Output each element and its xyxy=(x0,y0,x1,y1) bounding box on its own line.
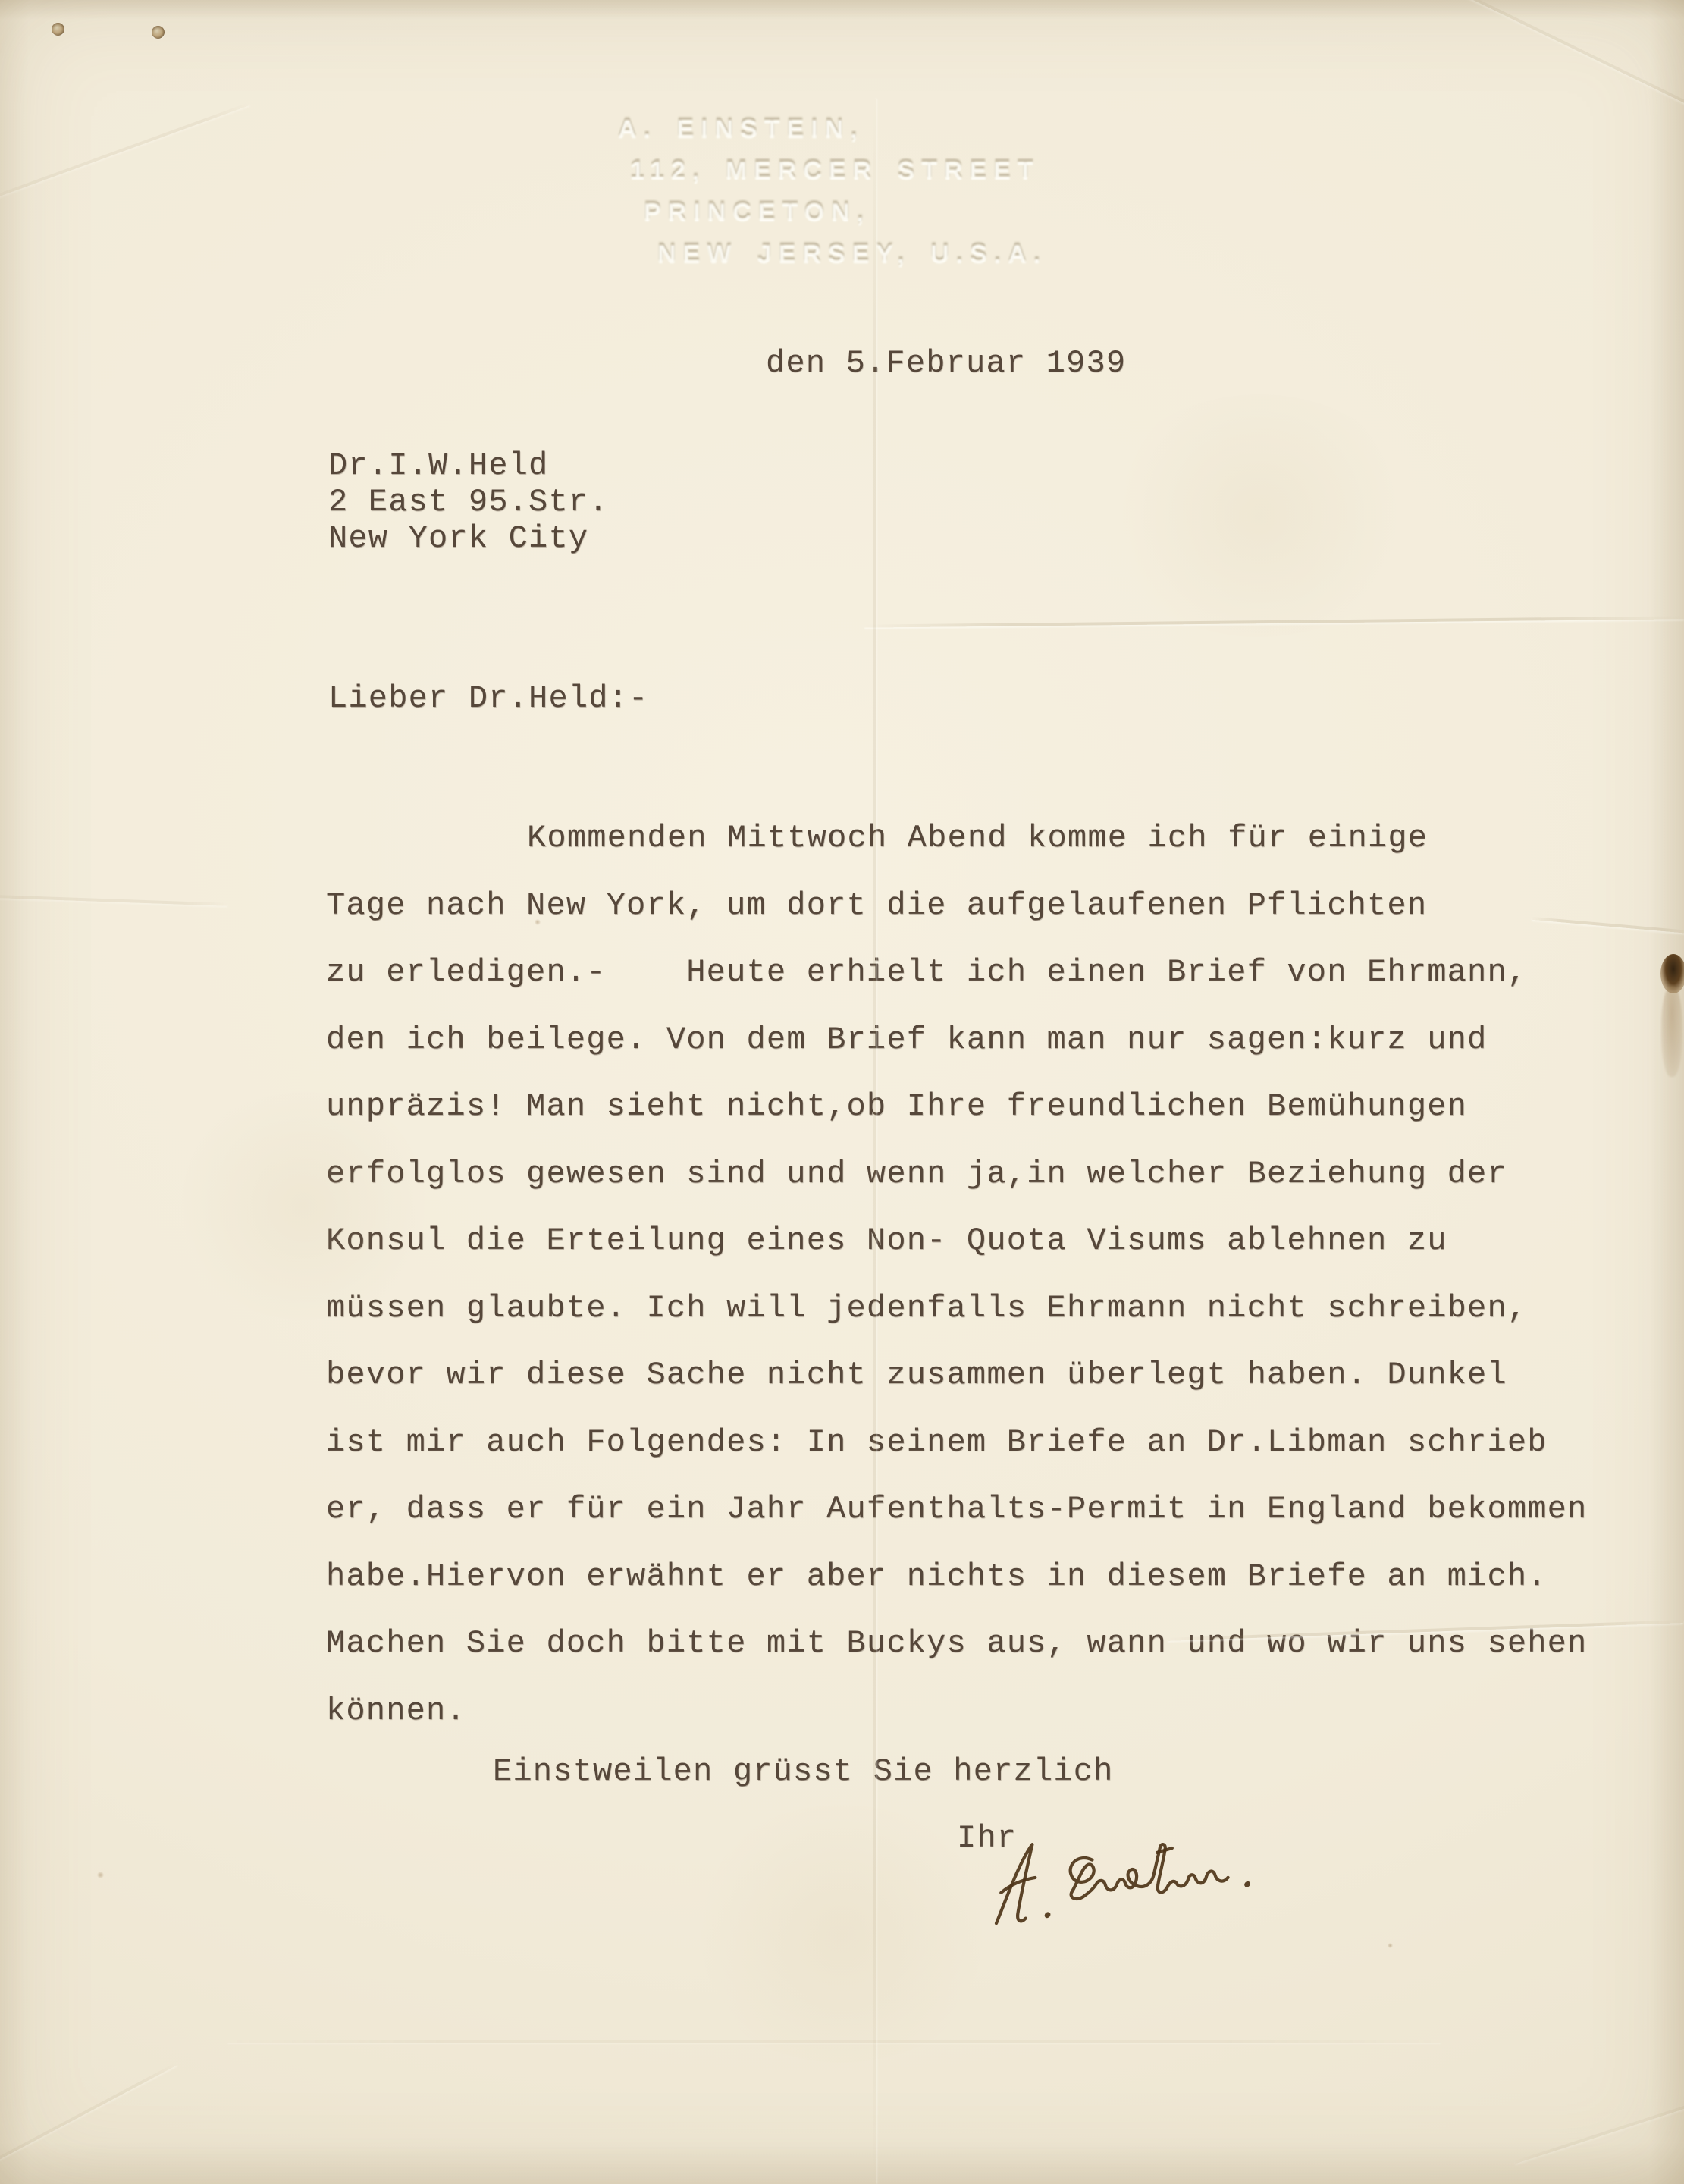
body-line: können. xyxy=(326,1692,1587,1759)
letter-body: Kommenden Mittwoch Abend komme ich für e… xyxy=(326,819,1587,1759)
wrinkle xyxy=(0,2063,177,2172)
paper-discoloration xyxy=(1099,394,1418,637)
body-line: Konsul die Erteilung eines Non- Quota Vi… xyxy=(326,1222,1587,1289)
body-line: unpräzis! Man sieht nicht,ob Ihre freund… xyxy=(326,1087,1587,1155)
closing-line: Einstweilen grüsst Sie herzlich xyxy=(493,1753,1114,1790)
body-line: erfolglos gewesen sind und wenn ja,in we… xyxy=(326,1155,1587,1222)
embossed-letterhead: A. EINSTEIN,112, MERCER STREETPRINCETON,… xyxy=(618,108,1047,275)
address-line: Dr.I.W.Held xyxy=(328,447,609,484)
body-line: bevor wir diese Sache nicht zusammen übe… xyxy=(326,1356,1587,1423)
wrinkle xyxy=(1514,2086,1684,2164)
body-line: Kommenden Mittwoch Abend komme ich für e… xyxy=(326,819,1587,886)
body-line: müssen glaubte. Ich will jedenfalls Ehrm… xyxy=(326,1289,1587,1357)
body-line: den ich beilege. Von dem Brief kann man … xyxy=(326,1021,1587,1088)
signature xyxy=(970,1822,1308,1950)
letterhead-line: NEW JERSEY, U.S.A. xyxy=(618,233,1047,275)
wrinkle xyxy=(0,102,249,204)
body-line: ist mir auch Folgendes: In seinem Briefe… xyxy=(326,1423,1587,1491)
date-line: den 5.Februar 1939 xyxy=(766,345,1126,381)
body-line: er, dass er für ein Jahr Aufenthalts-Per… xyxy=(326,1490,1587,1558)
body-line: Tage nach New York, um dort die aufgelau… xyxy=(326,886,1587,954)
body-line: habe.Hiervon erwähnt er aber nichts in d… xyxy=(326,1558,1587,1625)
ink-stain-smudge xyxy=(1661,986,1682,1077)
paper-speck xyxy=(97,1872,104,1878)
pinhole xyxy=(152,26,165,39)
body-line: Machen Sie doch bitte mit Buckys aus, wa… xyxy=(326,1624,1587,1692)
salutation: Lieber Dr.Held:- xyxy=(328,680,648,717)
address-line: 2 East 95.Str. xyxy=(328,484,609,520)
wrinkle xyxy=(1441,0,1684,127)
pinhole xyxy=(52,23,64,36)
wrinkle xyxy=(0,894,227,906)
letterhead-line: A. EINSTEIN, xyxy=(618,108,1047,149)
body-line: zu erledigen.- Heute erhielt ich einen B… xyxy=(326,953,1587,1021)
fold-crease xyxy=(227,2040,1441,2043)
fold-crease xyxy=(864,616,1684,627)
paper-speck xyxy=(1388,1943,1393,1948)
paper-discoloration xyxy=(682,1805,1001,2063)
letter-page: A. EINSTEIN,112, MERCER STREETPRINCETON,… xyxy=(0,0,1684,2184)
letterhead-line: 112, MERCER STREET xyxy=(618,149,1047,191)
letterhead-line: PRINCETON, xyxy=(618,191,1047,233)
recipient-address: Dr.I.W.Held2 East 95.Str.New York City xyxy=(328,447,609,557)
paper-speck xyxy=(535,919,541,925)
address-line: New York City xyxy=(328,520,609,557)
